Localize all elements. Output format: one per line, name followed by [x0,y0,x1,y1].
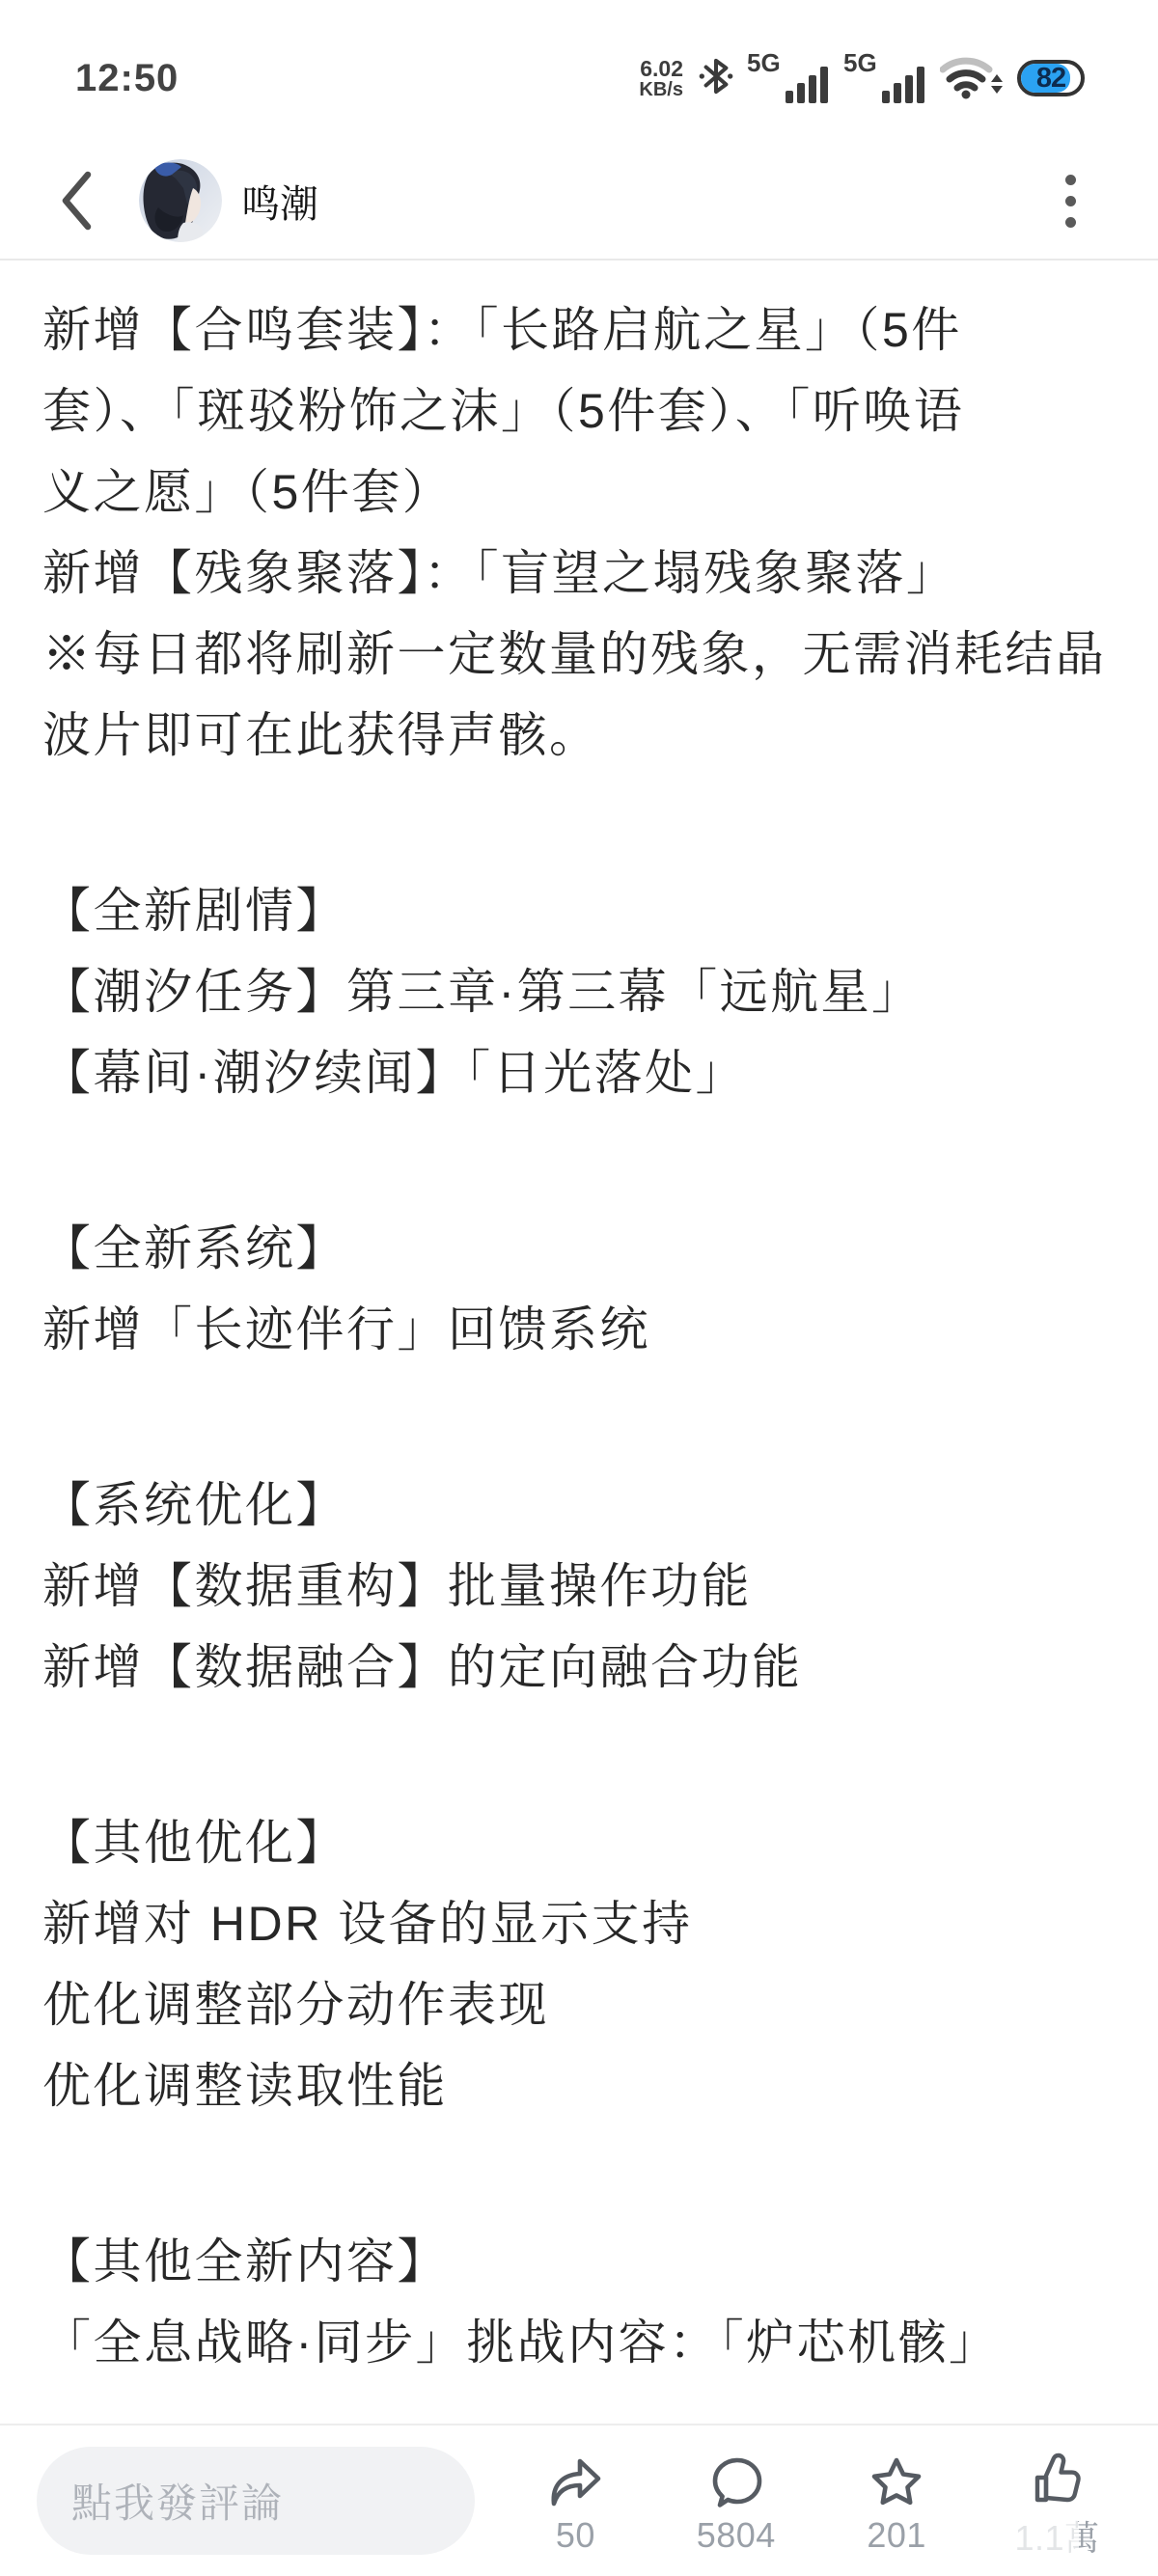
share-button[interactable]: 50 [515,2446,635,2556]
text-line: 【其他优化】 [42,1802,1116,1883]
share-count: 50 [556,2515,595,2556]
status-icons: 6.02 KB/s 5G 5G [639,50,1085,106]
share-icon [546,2455,604,2511]
section-system-optimization: 【系统优化】 新增【数据重构】批量操作功能 新增【数据融合】的定向融合功能 [42,1465,1116,1708]
text-line: 义之愿」（5件套） [42,452,1116,533]
favorite-count: 201 [867,2515,926,2556]
page-title[interactable]: 鸣潮 [241,174,318,229]
text-line: 【潮汐任务】第三章·第三幕「远航星」 [42,951,1116,1032]
text-line: 新增【残象聚落】：「盲望之塌残象聚落」 [42,533,1116,614]
text-line: 新增对 HDR 设备的显示支持 [42,1883,1116,1964]
battery-indicator: 82 [1017,60,1085,96]
text-line: 【幕间·潮汐续闻】「日光落处」 [42,1032,1116,1113]
engagement-actions: 50 5804 201 1.1萬 [475,2442,1158,2561]
back-button[interactable] [58,167,100,234]
battery-percent: 82 [1021,64,1081,93]
status-bar: 12:50 6.02 KB/s 5G 5G [0,0,1158,143]
text-line: 【其他全新内容】 [42,2221,1116,2302]
text-line: 【系统优化】 [42,1465,1116,1546]
like-button[interactable]: 1.1萬 [998,2442,1117,2561]
sim2-network-type: 5G [843,48,877,78]
bluetooth-icon [699,53,733,104]
clock: 12:50 [75,57,179,100]
nav-bar: 鸣潮 [0,143,1158,260]
network-speed-unit: KB/s [639,80,683,99]
text-line: ※每日都将刷新一定数量的残象，无需消耗结晶 [42,614,1116,695]
favorite-button[interactable]: 201 [837,2446,956,2556]
network-speed: 6.02 KB/s [639,58,683,99]
like-count: 1.1萬 [1015,2511,1100,2561]
section-new-story: 【全新剧情】 【潮汐任务】第三章·第三幕「远航星」 【幕间·潮汐续闻】「日光落处… [42,870,1116,1113]
kebab-dot [1065,217,1076,228]
kebab-dot [1065,175,1076,185]
comment-count: 5804 [697,2515,776,2556]
text-line: 新增【数据融合】的定向融合功能 [42,1627,1116,1708]
text-line: 波片即可在此获得声骸。 [42,695,1116,776]
sim1-signal-icon: 5G [747,50,830,106]
comment-icon [707,2455,765,2511]
text-line: 「全息战略·同步」挑战内容：「炉芯机骸」 [42,2302,1116,2383]
wifi-icon [940,53,1004,104]
chevron-left-icon [58,169,96,233]
text-line: 套）、「斑驳粉饰之沫」（5件套）、「听唤语 [42,370,1116,452]
section-other-new-content: 【其他全新内容】 「全息战略·同步」挑战内容：「炉芯机骸」 [42,2221,1116,2383]
network-speed-value: 6.02 [639,58,683,80]
avatar[interactable] [139,159,222,242]
text-line: 优化调整部分动作表现 [42,1964,1116,2045]
text-line: 【全新剧情】 [42,870,1116,951]
text-line: 新增「长迹伴行」回馈系统 [42,1289,1116,1370]
text-line: 【全新系统】 [42,1208,1116,1289]
comment-button[interactable]: 5804 [676,2446,796,2556]
sim1-network-type: 5G [747,48,781,78]
comment-input-placeholder: 點我發評論 [71,2472,284,2530]
more-options-button[interactable] [1056,165,1086,237]
text-line: 优化调整读取性能 [42,2045,1116,2126]
section-other-optimization: 【其他优化】 新增对 HDR 设备的显示支持 优化调整部分动作表现 优化调整读取… [42,1802,1116,2126]
like-thumbs-up-icon [1029,2452,1087,2507]
sim2-signal-icon: 5G [843,50,926,106]
text-line: 新增【合鸣套装】：「长路启航之星」（5件 [42,289,1116,370]
bottom-action-bar: 點我發評論 50 5804 201 1.1萬 [0,2424,1158,2576]
post-body: 新增【合鸣套装】：「长路启航之星」（5件 套）、「斑驳粉饰之沫」（5件套）、「听… [0,260,1158,2383]
text-line: 新增【数据重构】批量操作功能 [42,1546,1116,1627]
section-new-system: 【全新系统】 新增「长迹伴行」回馈系统 [42,1208,1116,1370]
section-new-sets: 新增【合鸣套装】：「长路启航之星」（5件 套）、「斑驳粉饰之沫」（5件套）、「听… [42,289,1116,776]
favorite-star-icon [868,2455,925,2511]
kebab-dot [1065,196,1076,206]
comment-input[interactable]: 點我發評論 [37,2447,475,2555]
